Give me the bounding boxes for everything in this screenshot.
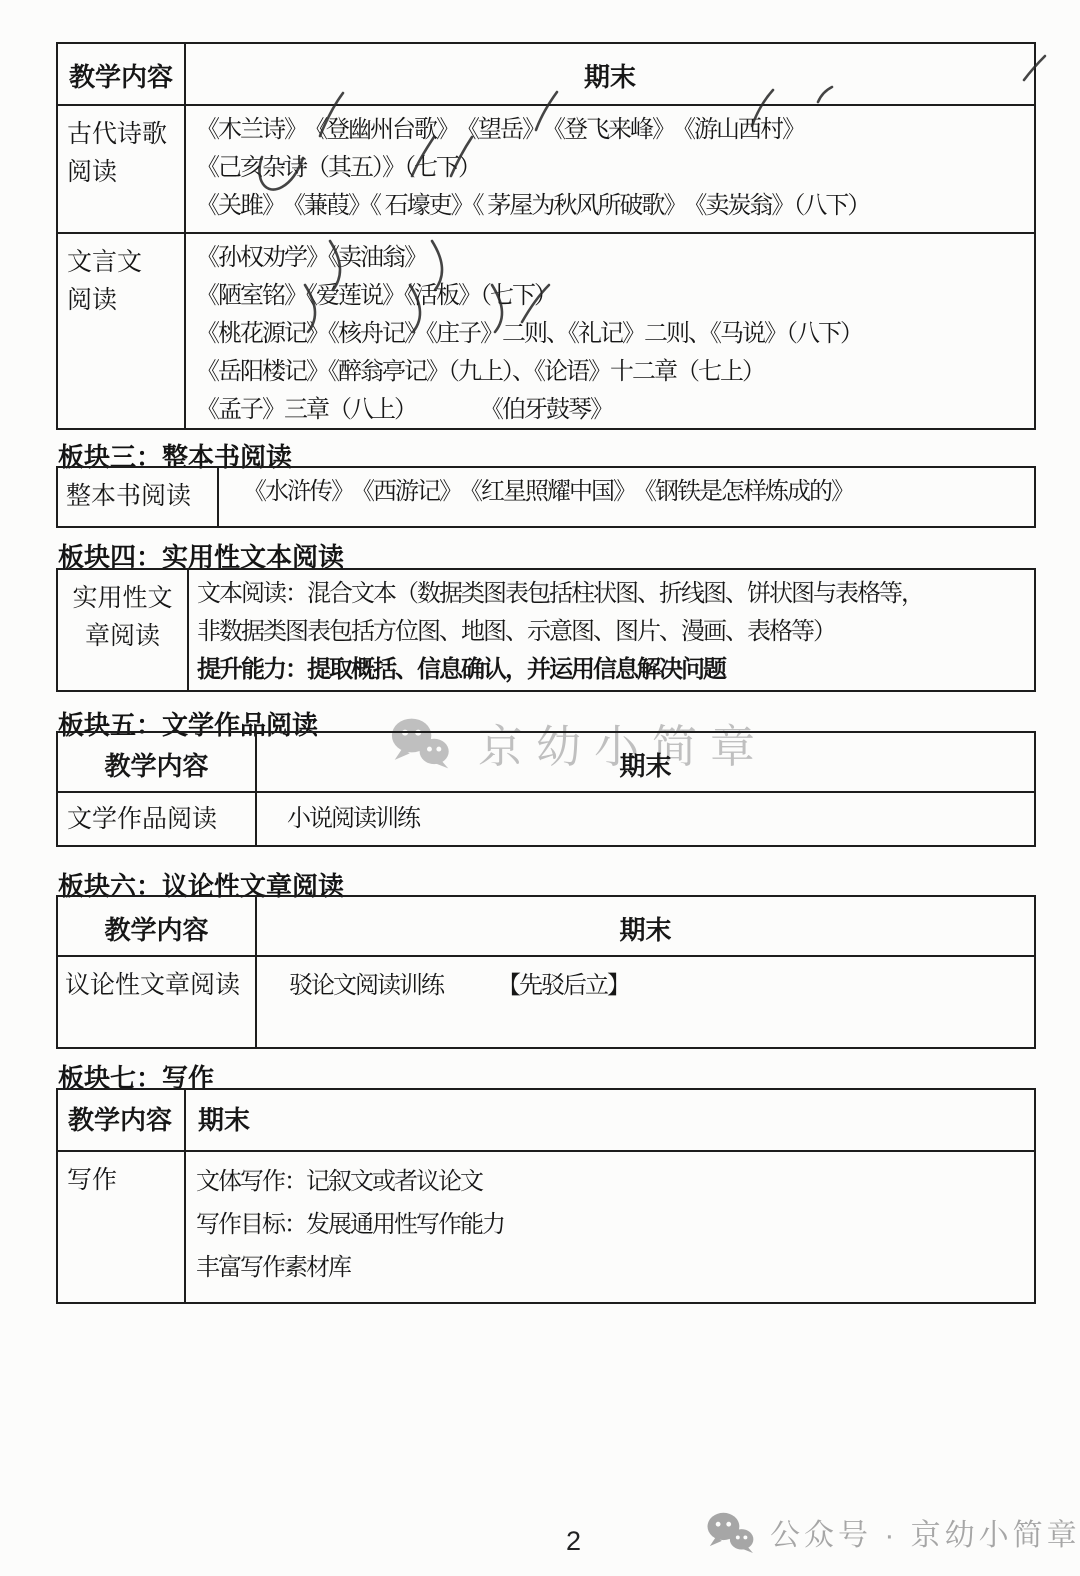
argument-header-term: 期末	[257, 897, 1034, 955]
table-header-term: 期末	[186, 44, 1034, 104]
table-literature-reading: 教学内容 期末 文学作品阅读 小说阅读训练	[56, 731, 1036, 847]
literature-header-term: 期末	[257, 733, 1034, 791]
poetry-line-1: 《木兰诗》 《登幽州台歌》 《望岳》 《登飞来峰》 《游山西村》	[196, 111, 1034, 149]
wechat-icon	[706, 1511, 756, 1554]
classical-line-5: 《孟子》三章（八上） 《伯牙鼓琴》	[196, 391, 1034, 428]
row-label-argumentative-reading: 议论性文章阅读	[58, 957, 257, 1047]
classical-line-1: 《孙权劝学》《卖油翁》	[196, 239, 1034, 277]
table-argumentative-reading: 教学内容 期末 议论性文章阅读 驳论文阅读训练 【先驳后立】	[56, 895, 1036, 1049]
writing-header-term: 期末	[186, 1090, 1034, 1150]
classical-line-3: 《桃花源记》《核舟记》《庄子》二则、《礼记》二则、《马说》（八下）	[196, 315, 1034, 353]
scanned-document-page: 京幼小简章 教学内容 期末 古代诗歌 阅读 《木兰诗》 《登幽州台歌》 《望岳》…	[0, 0, 1080, 1576]
row-label-ancient-poetry-reading: 古代诗歌 阅读	[58, 106, 186, 232]
table-whole-book-reading: 整本书阅读 《水浒传》 《西游记》 《红星照耀中国》 《钢铁是怎样炼成的》	[56, 466, 1036, 528]
practical-line-2: 非数据类图表包括方位图、地图、示意图、图片、漫画、表格等）	[197, 613, 1034, 651]
writing-line-1: 文体写作：记叙文或者议论文	[196, 1160, 1034, 1203]
writing-header-teaching-content: 教学内容	[58, 1090, 186, 1150]
writing-line-3: 丰富写作素材库	[196, 1246, 1034, 1289]
table-practical-text-reading: 实用性文 章阅读 文本阅读：混合文本（数据类图表包括柱状图、折线图、饼状图与表格…	[56, 568, 1036, 692]
literature-content: 小说阅读训练	[287, 800, 1034, 838]
writing-line-2: 写作目标：发展通用性写作能力	[196, 1203, 1034, 1246]
row-label-writing: 写作	[58, 1152, 186, 1302]
whole-book-titles: 《水浒传》 《西游记》 《红星照耀中国》 《钢铁是怎样炼成的》	[243, 473, 1034, 511]
poetry-line-2: 《己亥杂诗（其五）》（七下）	[196, 149, 1034, 187]
practical-line-3-ability: 提升能力：提取概括、信息确认，并运用信息解决问题	[197, 651, 1034, 689]
footer-watermark: 公众号 · 京幼小简章	[706, 1510, 1080, 1554]
row-label-classical-chinese-reading: 文言文 阅读	[58, 234, 186, 428]
row-label-whole-book-reading: 整本书阅读	[58, 468, 219, 526]
table-header-teaching-content: 教学内容	[58, 44, 186, 104]
argument-content: 驳论文阅读训练 【先驳后立】	[289, 967, 1034, 1005]
page-number: 2	[566, 1526, 581, 1557]
footer-watermark-text: 公众号 · 京幼小简章	[770, 1510, 1080, 1554]
classical-line-4: 《岳阳楼记》《醉翁亭记》（九上）、《论语》十二章（七上）	[196, 353, 1034, 391]
row-label-literature-reading: 文学作品阅读	[58, 793, 257, 845]
literature-header-teaching-content: 教学内容	[58, 733, 257, 791]
table-reading-overview: 教学内容 期末 古代诗歌 阅读 《木兰诗》 《登幽州台歌》 《望岳》 《登飞来峰…	[56, 42, 1036, 430]
practical-line-1: 文本阅读：混合文本（数据类图表包括柱状图、折线图、饼状图与表格等，	[197, 575, 1034, 613]
table-writing: 教学内容 期末 写作 文体写作：记叙文或者议论文 写作目标：发展通用性写作能力 …	[56, 1088, 1036, 1304]
classical-line-2: 《陋室铭》《爱莲说》《活板》（七下）	[196, 277, 1034, 315]
poetry-line-3: 《关雎》 《蒹葭》《 石壕吏》《 茅屋为秋风所破歌》 《卖炭翁》（八下）	[196, 187, 1034, 225]
row-label-practical-text-reading: 实用性文 章阅读	[58, 570, 189, 690]
argument-header-teaching-content: 教学内容	[58, 897, 257, 955]
